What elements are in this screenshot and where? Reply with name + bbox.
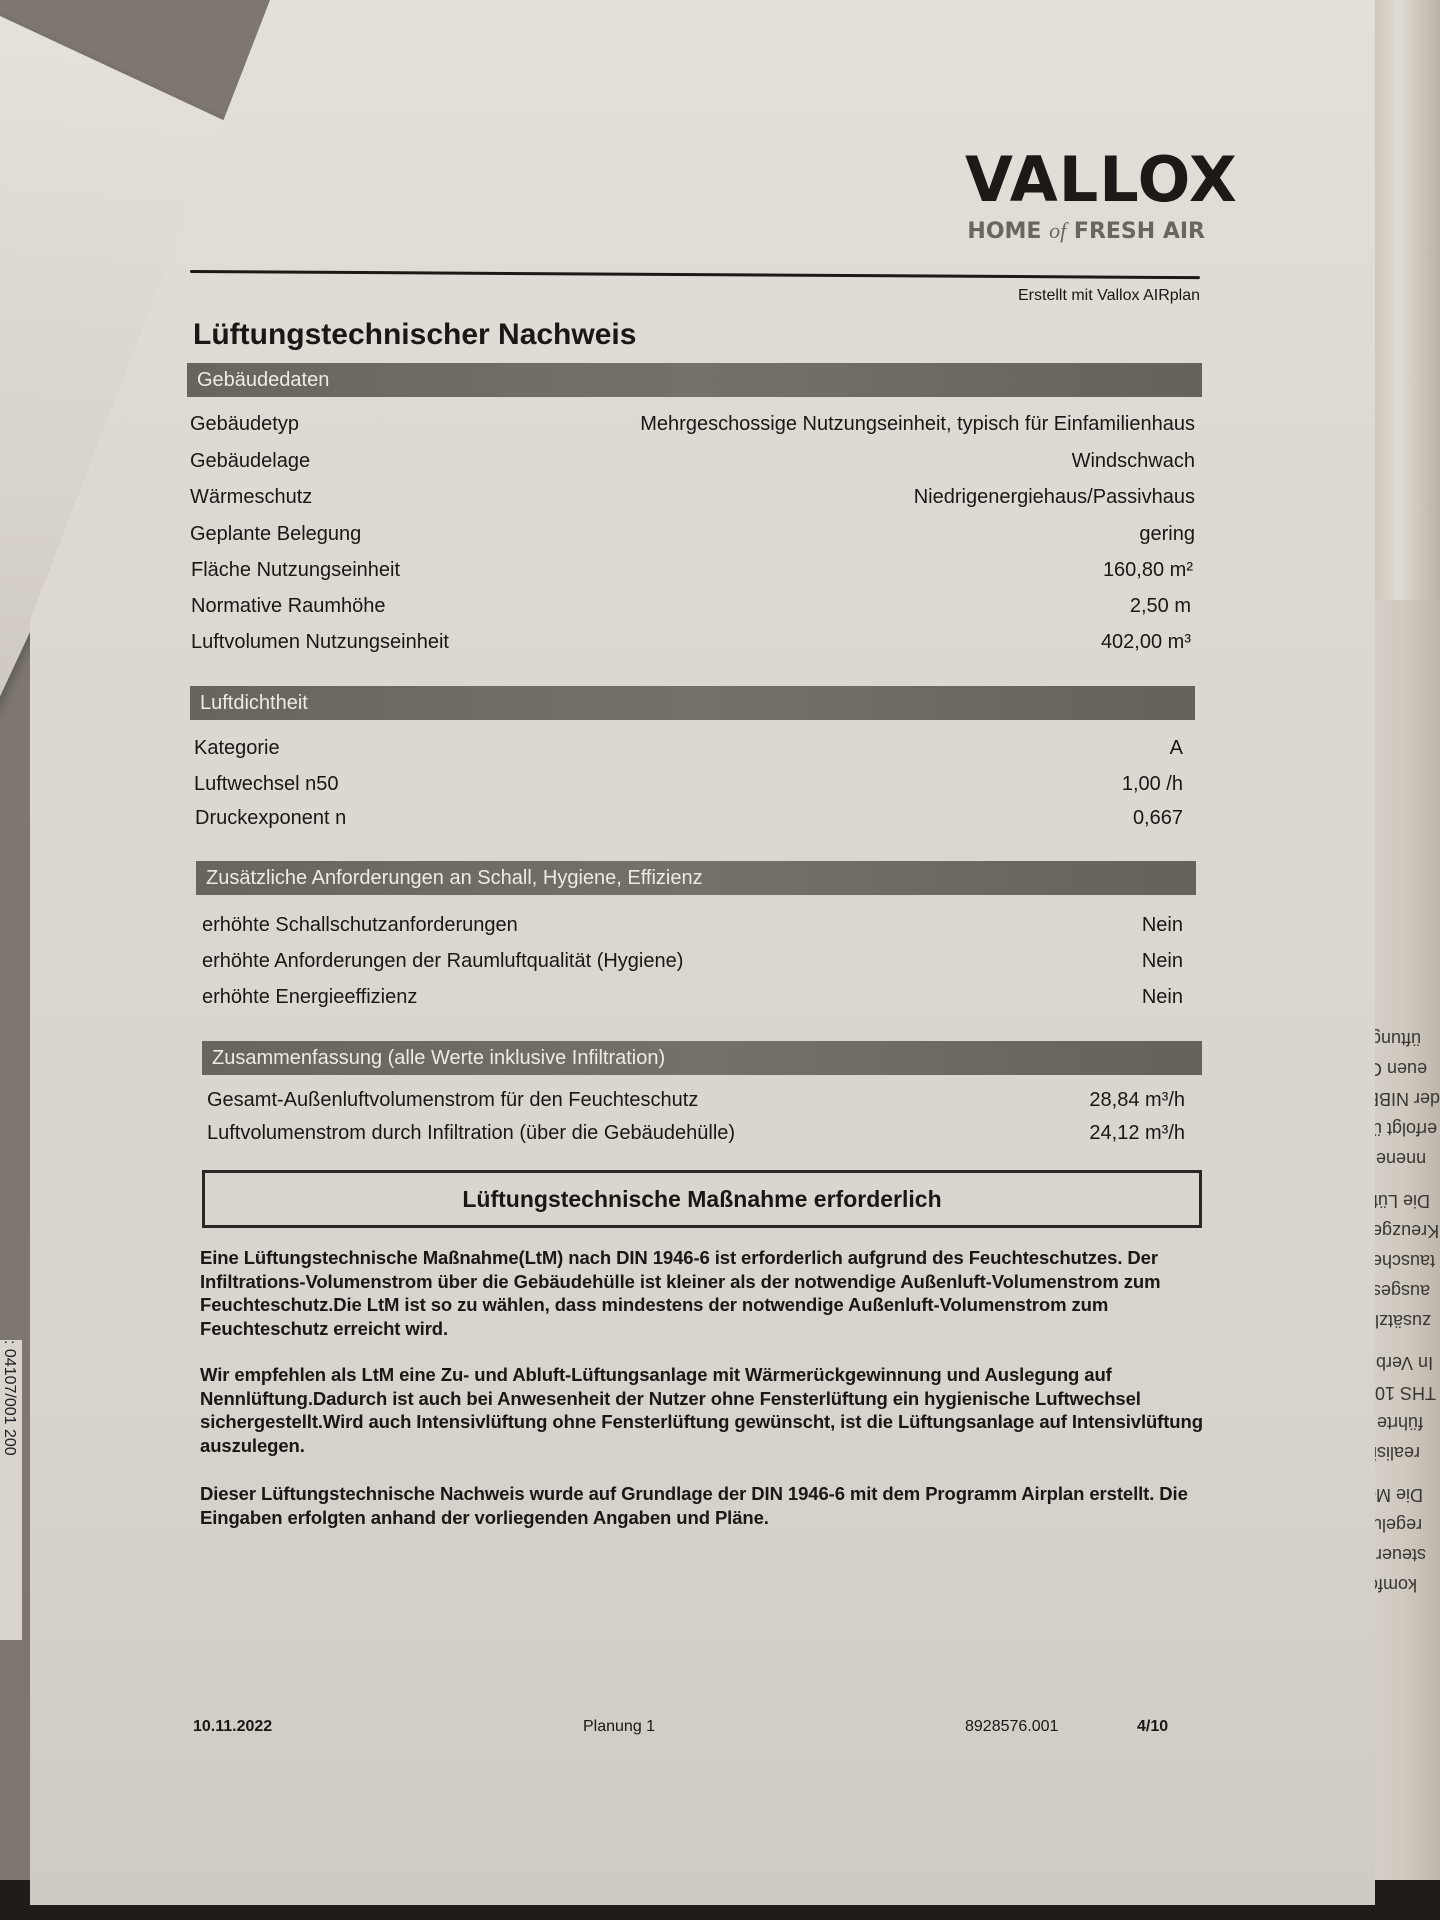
row-label: Gebäudetyp [190,413,299,436]
data-row: Luftvolumenstrom durch Infiltration (übe… [207,1122,1185,1145]
row-value: 0,667 [1133,807,1183,830]
row-label: Normative Raumhöhe [191,595,386,618]
data-row: Geplante Belegunggering [190,523,1195,546]
footer-date: 10.11.2022 [193,1718,272,1736]
row-value: 24,12 m³/h [1089,1122,1185,1145]
notice-paragraph-1: Eine Lüftungstechnische Maßnahme(LtM) na… [200,1246,1210,1340]
data-row: KategorieA [194,737,1183,760]
tagline-of: of [1049,218,1066,243]
row-label: Fläche Nutzungseinheit [191,559,400,582]
row-value: Niedrigenergiehaus/Passivhaus [914,486,1195,509]
row-label: erhöhte Anforderungen der Raumluftqualit… [202,950,683,973]
row-value: Windschwach [1072,450,1195,473]
document-title: Lüftungstechnischer Nachweis [193,318,636,352]
data-row: Druckexponent n0,667 [195,807,1183,830]
notice-paragraph-2: Wir empfehlen als LtM eine Zu- und Abluf… [200,1363,1210,1457]
footer-page-number: 4/10 [1137,1718,1168,1736]
data-row: WärmeschutzNiedrigenergiehaus/Passivhaus [190,486,1195,509]
tagline-home: HOME [967,219,1041,244]
header-divider [190,270,1200,279]
section-header-summary: Zusammenfassung (alle Werte inklusive In… [202,1041,1202,1075]
row-label: Gesamt-Außenluftvolumenstrom für den Feu… [207,1089,698,1112]
row-value: Nein [1142,986,1183,1009]
section-header-building: Gebäudedaten [187,363,1202,397]
row-value: 28,84 m³/h [1089,1089,1185,1112]
section-header-requirements: Zusätzliche Anforderungen an Schall, Hyg… [196,861,1196,895]
notice-paragraph-3: Dieser Lüftungstechnische Nachweis wurde… [200,1482,1210,1529]
row-label: Kategorie [194,737,280,760]
row-value: 402,00 m³ [1101,631,1191,654]
row-label: Luftvolumenstrom durch Infiltration (übe… [207,1122,735,1145]
row-value: Mehrgeschossige Nutzungseinheit, typisch… [640,413,1195,436]
row-label: Luftwechsel n50 [194,773,339,796]
row-value: 2,50 m [1130,595,1191,618]
row-value: 1,00 /h [1122,773,1183,796]
footer-doc-number: 8928576.001 [965,1718,1058,1736]
brand-tagline: HOME of FRESH AIR [965,218,1205,244]
row-label: erhöhte Energieeffizienz [202,986,417,1009]
data-row: GebäudetypMehrgeschossige Nutzungseinhei… [190,413,1195,436]
row-value: 160,80 m² [1103,559,1193,582]
row-label: Wärmeschutz [190,486,312,509]
tagline-fresh-air: FRESH AIR [1074,219,1205,244]
data-row: erhöhte SchallschutzanforderungenNein [202,914,1183,937]
row-label: Geplante Belegung [190,523,361,546]
row-value: A [1170,737,1183,760]
background-left-label: : 04107/001 200 [0,1340,22,1640]
data-row: erhöhte EnergieeffizienzNein [202,986,1183,1009]
row-label: Luftvolumen Nutzungseinheit [191,631,449,654]
section-header-airtightness: Luftdichtheit [190,686,1195,720]
row-value: gering [1139,523,1195,546]
document-page: VALLOX HOME of FRESH AIR Erstellt mit Va… [30,0,1375,1905]
data-row: Luftwechsel n501,00 /h [194,773,1183,796]
data-row: Normative Raumhöhe2,50 m [191,595,1191,618]
bg-left-label-text: : 04107/001 200 [0,1340,18,1344]
vallox-logo: VALLOX HOME of FRESH AIR [965,150,1205,244]
row-label: erhöhte Schallschutzanforderungen [202,914,518,937]
row-value: Nein [1142,914,1183,937]
row-label: Druckexponent n [195,807,346,830]
data-row: erhöhte Anforderungen der Raumluftqualit… [202,950,1183,973]
row-value: Nein [1142,950,1183,973]
notice-box: Lüftungstechnische Maßnahme erforderlich [202,1170,1202,1228]
data-row: GebäudelageWindschwach [190,450,1195,473]
data-row: Luftvolumen Nutzungseinheit402,00 m³ [191,631,1191,654]
background-strip [1370,0,1440,600]
data-row: Gesamt-Außenluftvolumenstrom für den Feu… [207,1089,1185,1112]
footer-plan: Planung 1 [583,1718,655,1736]
created-with-note: Erstellt mit Vallox AIRplan [930,287,1200,305]
data-row: Fläche Nutzungseinheit160,80 m² [191,559,1193,582]
brand-name: VALLOX [965,150,1205,210]
row-label: Gebäudelage [190,450,310,473]
